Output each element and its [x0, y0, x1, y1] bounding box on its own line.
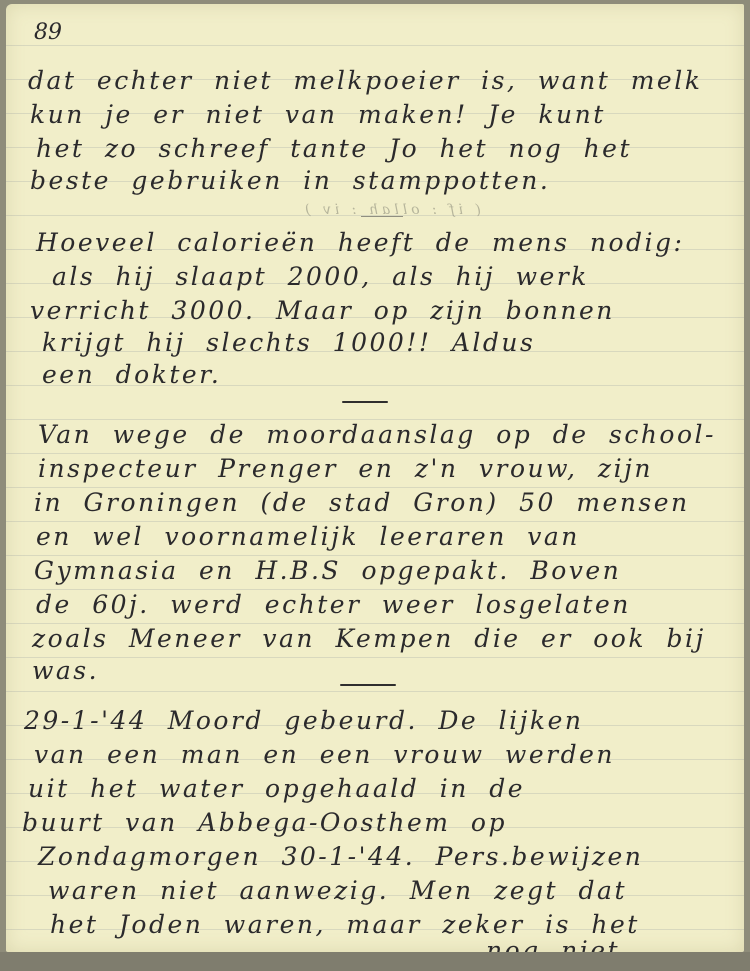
section-divider	[342, 401, 388, 403]
text-line: het zo schreef tante Jo het nog het	[36, 132, 632, 166]
text-line: als hij slaapt 2000, als hij werk	[52, 260, 589, 294]
scan-border	[0, 952, 750, 971]
text-line: kun je er niet van maken! Je kunt	[30, 98, 606, 132]
page-number: 89	[34, 16, 62, 50]
text-line: waren niet aanwezig. Men zegt dat	[48, 874, 627, 908]
text-line: een dokter.	[42, 358, 221, 392]
text-line: krijgt hij slechts 1000!! Aldus	[42, 326, 535, 360]
text-line: uit het water opgehaald in de	[28, 772, 525, 806]
section-divider	[340, 684, 396, 686]
bleed-through-divider	[361, 216, 403, 217]
diary-page: 89 dat echter niet melkpoeier is, want m…	[6, 4, 744, 952]
text-line: inspecteur Prenger en z'n vrouw, zijn	[38, 452, 653, 486]
text-line: Hoeveel calorieën heeft de mens nodig:	[36, 226, 684, 260]
text-line: was.	[32, 654, 99, 688]
text-line: Gymnasia en H.B.S opgepakt. Boven	[34, 554, 621, 588]
text-line: en wel voornamelijk leeraren van	[36, 520, 580, 554]
text-line: van een man en een vrouw werden	[34, 738, 615, 772]
text-line: in Groningen (de stad Gron) 50 mensen	[34, 486, 690, 520]
text-line: 29-1-'44 Moord gebeurd. De lijken	[24, 704, 583, 738]
text-line: Van wege de moordaanslag op de school-	[38, 418, 716, 452]
text-line: Zondagmorgen 30-1-'44. Pers.bewijzen	[38, 840, 643, 874]
text-line: dat echter niet melkpoeier is, want melk	[28, 64, 702, 98]
text-line: buurt van Abbega-Oosthem op	[22, 806, 507, 840]
text-line: de 60j. werd echter weer losgelaten	[36, 588, 631, 622]
text-line: verricht 3000. Maar op zijn bonnen	[30, 294, 615, 328]
text-line: beste gebruiken in stamppotten.	[30, 164, 550, 198]
text-line: zoals Meneer van Kempen die er ook bij	[32, 622, 706, 656]
